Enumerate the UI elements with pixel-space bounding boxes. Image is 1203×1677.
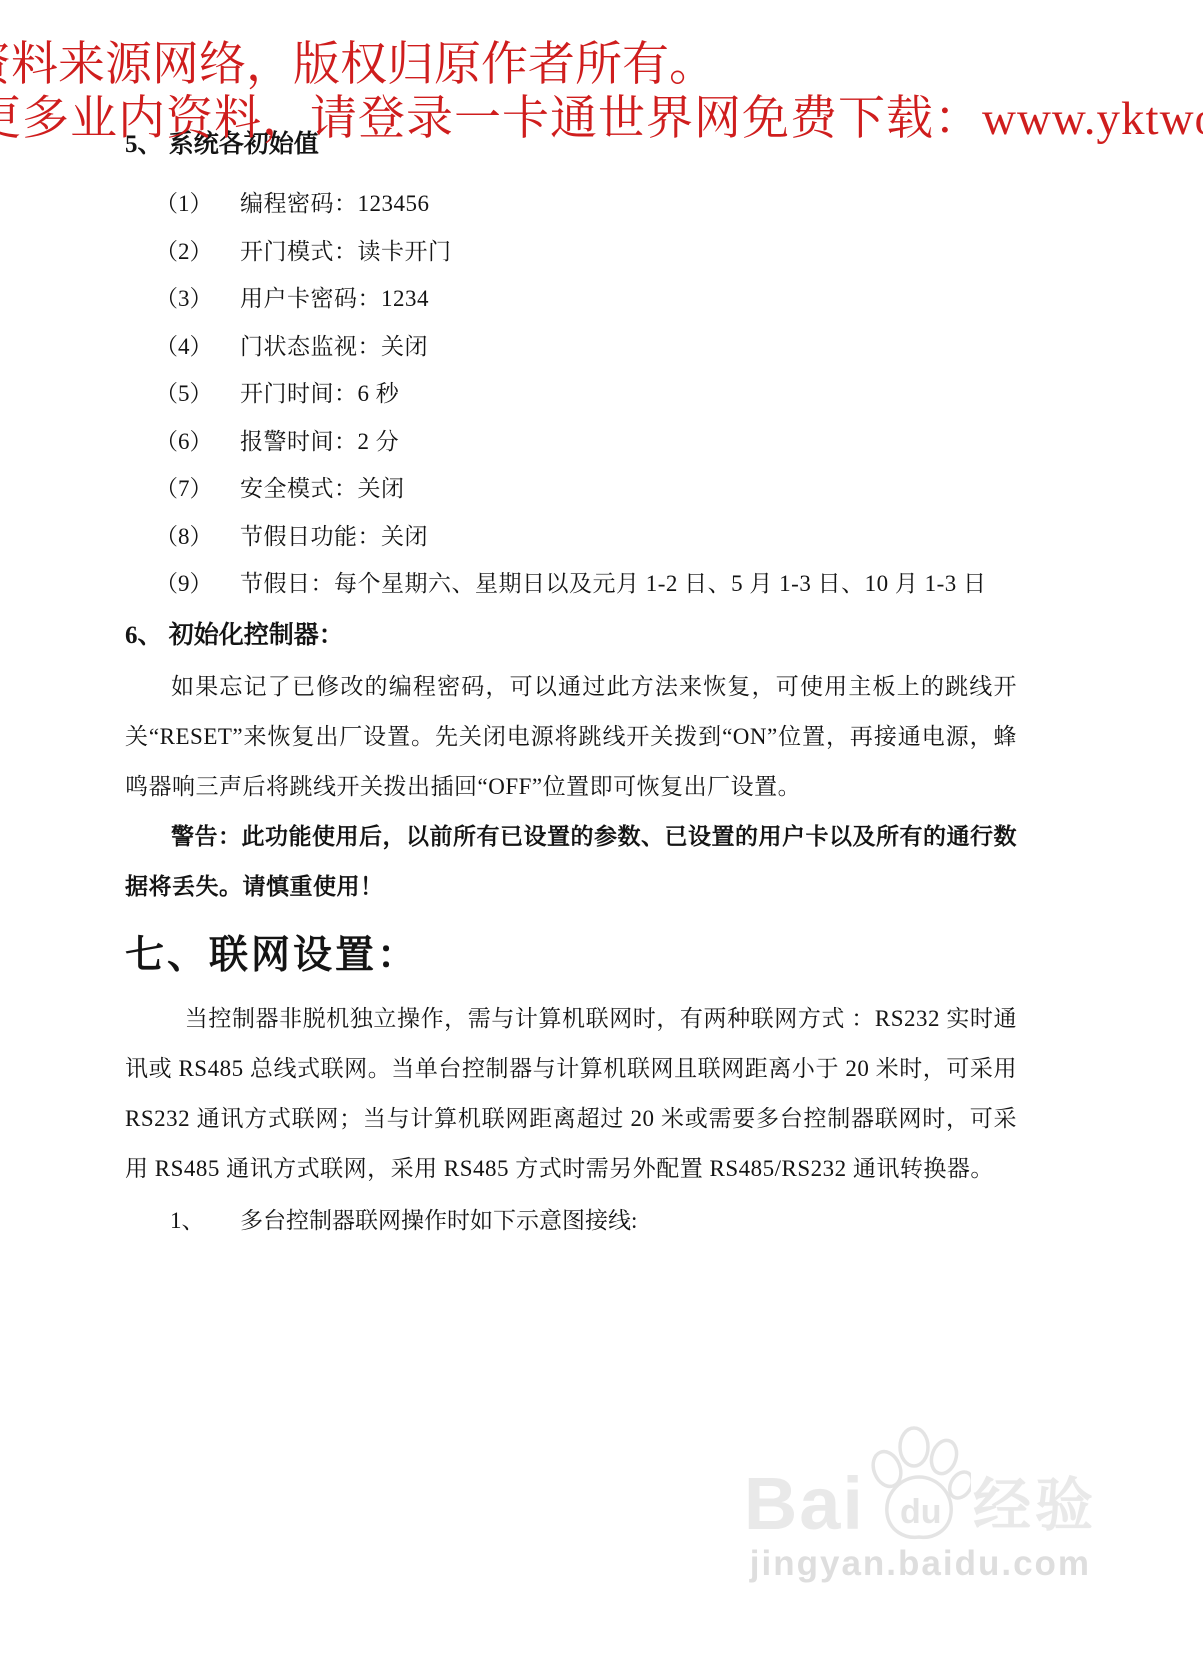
- baidu-paw-du-text: du: [900, 1493, 942, 1531]
- list-item-text: 报警时间：2 分: [240, 423, 1017, 456]
- list-item-number: （2）: [155, 233, 240, 266]
- baidu-jingyan-text: 经验: [973, 1475, 1097, 1539]
- list-item-text: 开门时间：6 秒: [240, 375, 1017, 408]
- list-item-number: （5）: [155, 375, 240, 408]
- document-page: 资料来源网络，版权归原作者所有。 更多业内资料，请登录一卡通世界网免费下载：ww…: [0, 0, 1203, 1677]
- list-item-text: 安全模式：关闭: [240, 470, 1017, 503]
- list-item-text: 编程密码：123456: [240, 185, 1017, 218]
- list-item: （8） 节假日功能：关闭: [125, 511, 1017, 559]
- list-item-number: （8）: [155, 518, 240, 551]
- document-content: 5、 系统各初始值 （1） 编程密码：123456 （2） 开门模式：读卡开门 …: [125, 128, 1017, 1246]
- initial-values-list: （1） 编程密码：123456 （2） 开门模式：读卡开门 （3） 用户卡密码：…: [125, 178, 1017, 606]
- list-item-text: 节假日：每个星期六、星期日以及元月 1-2 日、5 月 1-3 日、10 月 1…: [240, 565, 1017, 598]
- list-item: （6） 报警时间：2 分: [125, 416, 1017, 464]
- warning-paragraph: 警告：此功能使用后，以前所有已设置的参数、已设置的用户卡以及所有的通行数据将丢失…: [125, 812, 1017, 912]
- list-item: （5） 开门时间：6 秒: [125, 368, 1017, 416]
- section6-heading: 6、 初始化控制器：: [125, 618, 1017, 654]
- list-item-number: （6）: [155, 423, 240, 456]
- top-watermark: 资料来源网络，版权归原作者所有。 更多业内资料，请登录一卡通世界网免费下载：ww…: [0, 0, 1203, 170]
- baidu-brand-text: Bai: [744, 1469, 865, 1539]
- list-item: （2） 开门模式：读卡开门: [125, 226, 1017, 274]
- section7-paragraph: 当控制器非脱机独立操作，需与计算机联网时，有两种联网方式 ：RS232 实时通讯…: [125, 994, 1017, 1194]
- list-item-number: 1、: [170, 1196, 240, 1246]
- list-item-text: 门状态监视：关闭: [240, 328, 1017, 361]
- list-item-text: 开门模式：读卡开门: [240, 233, 1017, 266]
- baidu-paw-icon: du: [867, 1417, 971, 1545]
- list-item: （7） 安全模式：关闭: [125, 463, 1017, 511]
- list-item-text: 节假日功能：关闭: [240, 518, 1017, 551]
- list-item-number: （7）: [155, 470, 240, 503]
- list-item: （9） 节假日：每个星期六、星期日以及元月 1-2 日、5 月 1-3 日、10…: [125, 558, 1017, 606]
- section7-list-item: 1、 多台控制器联网操作时如下示意图接线:: [125, 1196, 1017, 1246]
- section7-heading: 七、联网设置：: [125, 930, 1017, 982]
- section6-paragraph: 如果忘记了已修改的编程密码，可以通过此方法来恢复，可使用主板上的跳线开关“RES…: [125, 662, 1017, 812]
- watermark-line-1: 资料来源网络，版权归原作者所有。: [0, 40, 716, 90]
- list-item: （3） 用户卡密码：1234: [125, 273, 1017, 321]
- list-item-number: （1）: [155, 185, 240, 218]
- list-item-text: 用户卡密码：1234: [240, 280, 1017, 313]
- baidu-brand-row: Bai du 经验: [744, 1417, 1097, 1539]
- list-item-number: （9）: [155, 565, 240, 598]
- list-item-number: （4）: [155, 328, 240, 361]
- list-item: （4） 门状态监视：关闭: [125, 321, 1017, 369]
- list-item-text: 多台控制器联网操作时如下示意图接线:: [240, 1196, 637, 1246]
- list-item-number: （3）: [155, 280, 240, 313]
- baidu-jingyan-watermark: Bai du 经验 jingyan.baidu.com: [744, 1417, 1097, 1585]
- list-item: （1） 编程密码：123456: [125, 178, 1017, 226]
- baidu-jingyan-url: jingyan.baidu.com: [744, 1543, 1097, 1585]
- watermark-line-2: 更多业内资料，请登录一卡通世界网免费下载：www.yktworld.com: [0, 94, 1203, 144]
